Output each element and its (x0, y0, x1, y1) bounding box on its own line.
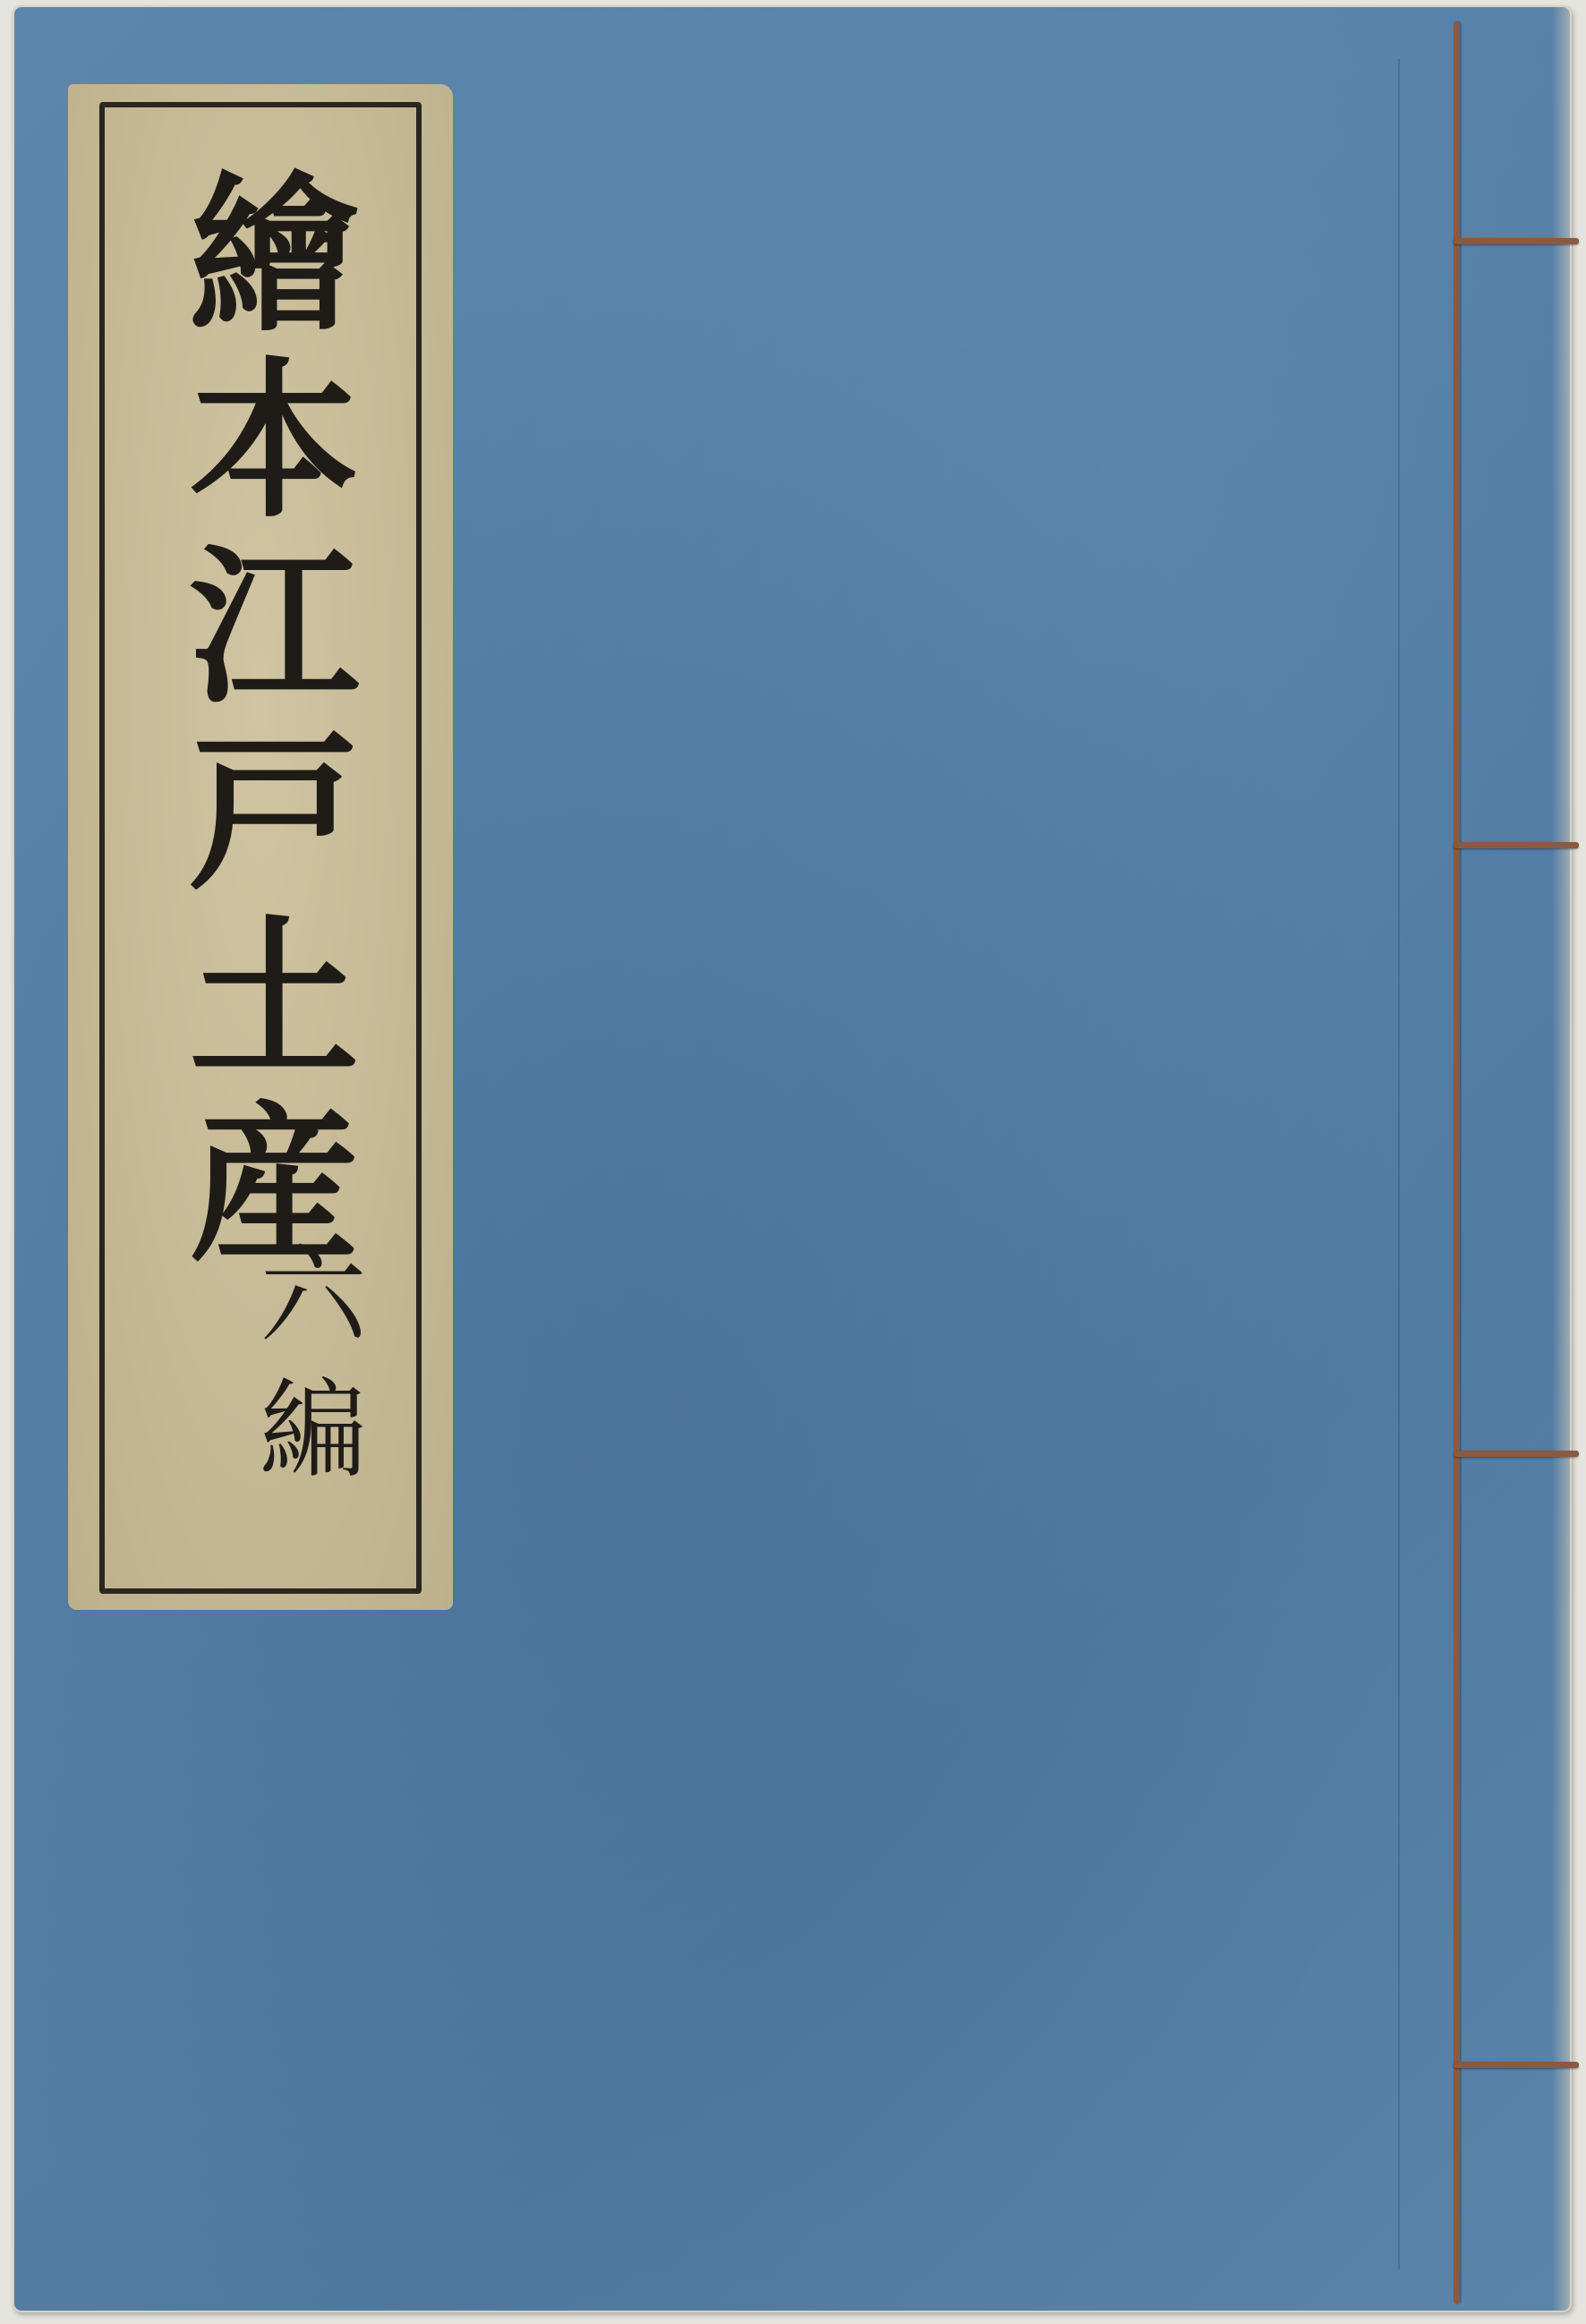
binding-thread-stitch (1454, 1451, 1579, 1457)
binding-thread-stitch (1454, 2062, 1579, 2068)
book-cover: 繪本江戸土産 六編 (13, 5, 1572, 2312)
volume-label: 六編 (250, 1239, 357, 1507)
spine-fold-line (1398, 59, 1400, 2269)
binding-thread-stitch (1454, 842, 1579, 848)
title-slip: 繪本江戸土産 六編 (68, 84, 453, 1610)
binding-thread-vertical (1454, 21, 1460, 2303)
page-edge (1552, 5, 1572, 2312)
book-title: 繪本江戸土産 (175, 165, 345, 1281)
binding-thread-stitch (1454, 238, 1579, 244)
